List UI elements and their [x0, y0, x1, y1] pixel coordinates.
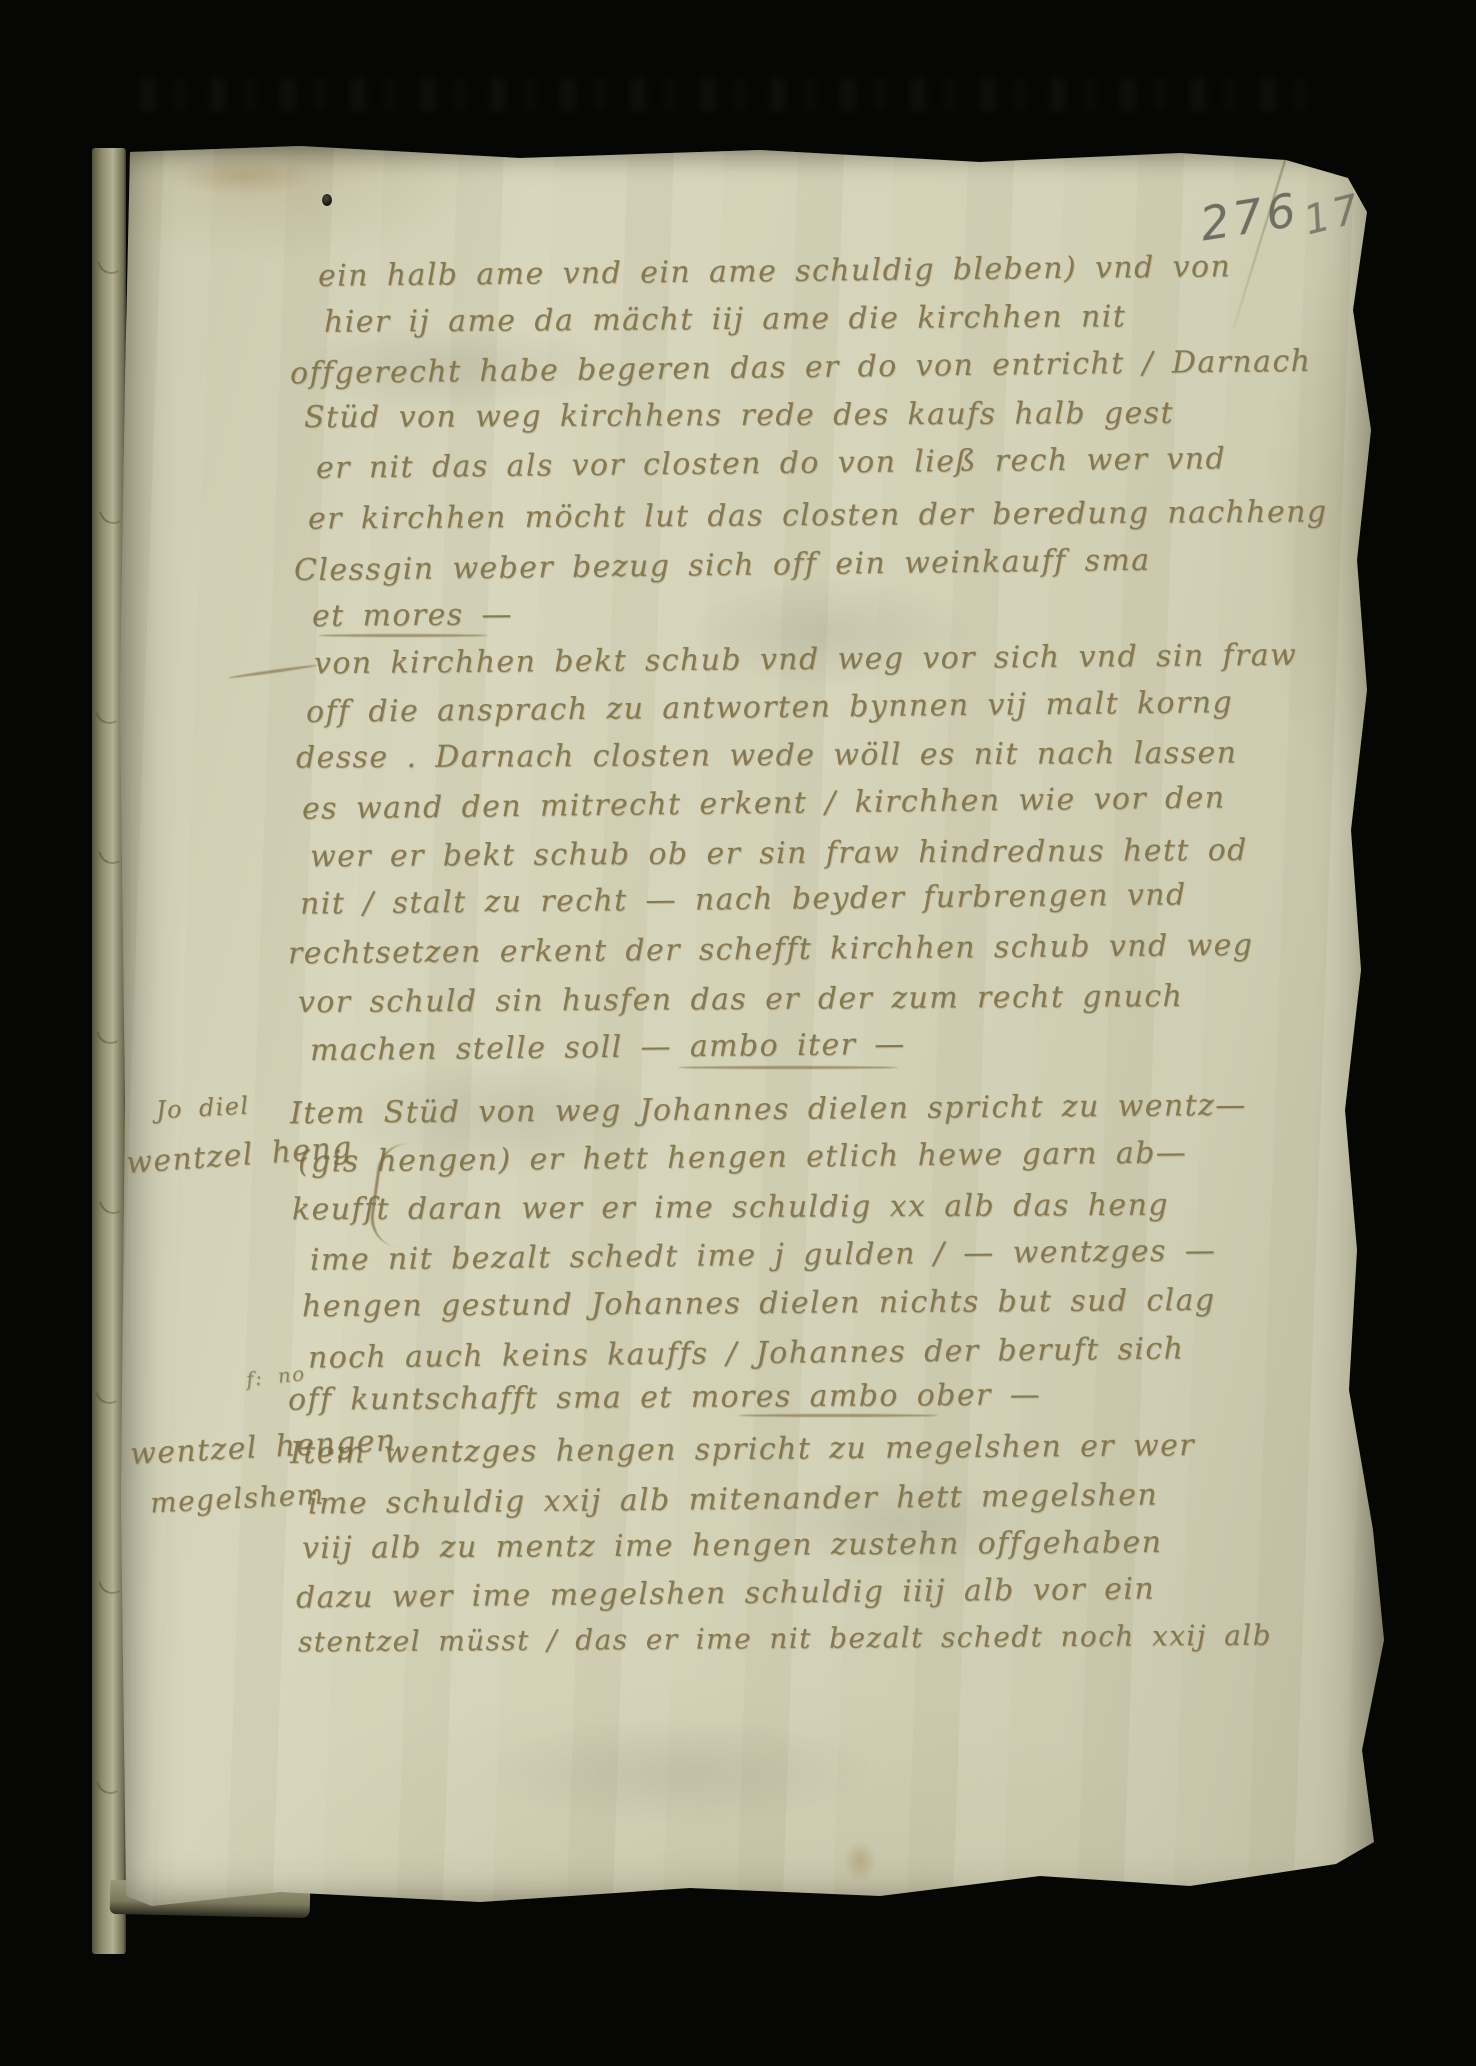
- text-line: hier ij ame da mächt iij ame die kirchhe…: [324, 299, 1126, 340]
- ink-fragment: [96, 1026, 118, 1049]
- ink-fragment: [97, 256, 119, 279]
- manuscript-page: 276 17 ein halb ame vnd ein ame schuldig…: [118, 142, 1386, 1918]
- ink-fragment: [95, 1386, 117, 1409]
- ink-fragment: [98, 1576, 120, 1599]
- stain: [148, 150, 338, 202]
- binding-edge-previous-leaf: [92, 148, 126, 1954]
- line-flourish: [228, 664, 318, 679]
- text-line: Item Stüd von weg Johannes dielen sprich…: [290, 1088, 1247, 1131]
- text-line: Stüd von weg kirchhens rede des kaufs ha…: [304, 396, 1174, 436]
- text-line: ime schuldig xxij alb mitenander hett me…: [308, 1478, 1158, 1522]
- text-line: off kuntschafft sma et mores ambo ober —: [288, 1377, 1041, 1417]
- text-line: desse . Darnach closten wede wöll es nit…: [296, 736, 1238, 776]
- text-line: er nit das als vor closten do von ließ r…: [316, 441, 1226, 486]
- ink-fragment: [95, 706, 117, 729]
- text-line: viij alb zu mentz ime hengen zustehn off…: [302, 1525, 1163, 1566]
- text-line: rechtsetzen erkent der schefft kirchhen …: [288, 928, 1254, 971]
- text-line: Item wentzges hengen spricht zu megelshe…: [290, 1428, 1195, 1471]
- text-line: off die ansprach zu antworten bynnen vij…: [306, 685, 1233, 730]
- text-line: von kirchhen bekt schub vnd weg vor sich…: [314, 638, 1297, 682]
- folio-number: 17: [1299, 186, 1367, 245]
- mount-glare: [140, 78, 1320, 112]
- page-number: 276: [1196, 183, 1303, 252]
- ink-fragment: [99, 1196, 121, 1219]
- text-line: noch auch keins kauffs / Johannes der be…: [308, 1331, 1185, 1375]
- stain: [838, 1832, 882, 1890]
- text-line: machen stelle soll — ambo iter —: [310, 1027, 906, 1068]
- text-line: keufft daran wer er ime schuldig xx alb …: [292, 1188, 1169, 1228]
- text-line: Clessgin weber bezug sich off ein weinka…: [294, 543, 1151, 588]
- text-line: dazu wer ime megelshen schuldig iiij alb…: [296, 1572, 1155, 1616]
- text-line: (gis hengen) er hett hengen etlich hewe …: [298, 1135, 1188, 1179]
- text-line: et mores —: [312, 597, 513, 634]
- line-flourish: [738, 1414, 938, 1417]
- line-flourish: [678, 1066, 898, 1069]
- line-flourish: [318, 634, 488, 637]
- text-line: es wand den mitrecht erkent / kirchhen w…: [302, 780, 1226, 826]
- text-line: ime nit bezalt schedt ime j gulden / — w…: [310, 1233, 1216, 1277]
- worm-hole: [322, 194, 332, 206]
- show-through: [418, 1702, 938, 1842]
- ink-fragment: [99, 506, 121, 529]
- text-line: wer er bekt schub ob er sin fraw hindred…: [310, 833, 1248, 875]
- manuscript-photo: 276 17 ein halb ame vnd ein ame schuldig…: [0, 0, 1476, 2066]
- text-line: ein halb ame vnd ein ame schuldig bleben…: [318, 249, 1232, 294]
- margin-note-jo-diel: Jo diel: [155, 1092, 250, 1125]
- ink-fragment: [98, 846, 120, 869]
- text-line: nit / stalt zu recht — nach beyder furbr…: [300, 877, 1187, 921]
- text-line: offgerecht habe begeren das er do von en…: [290, 344, 1312, 391]
- text-line: er kirchhen möcht lut das closten der be…: [308, 494, 1328, 536]
- margin-note-megelshem: megelshem: [149, 1477, 325, 1519]
- text-line: stentzel müsst / das er ime nit bezalt s…: [298, 1619, 1272, 1659]
- ink-fragment: [96, 1776, 118, 1799]
- text-line: hengen gestund Johannes dielen nichts bu…: [302, 1283, 1216, 1324]
- text-line: vor schuld sin husfen das er der zum rec…: [298, 979, 1183, 1020]
